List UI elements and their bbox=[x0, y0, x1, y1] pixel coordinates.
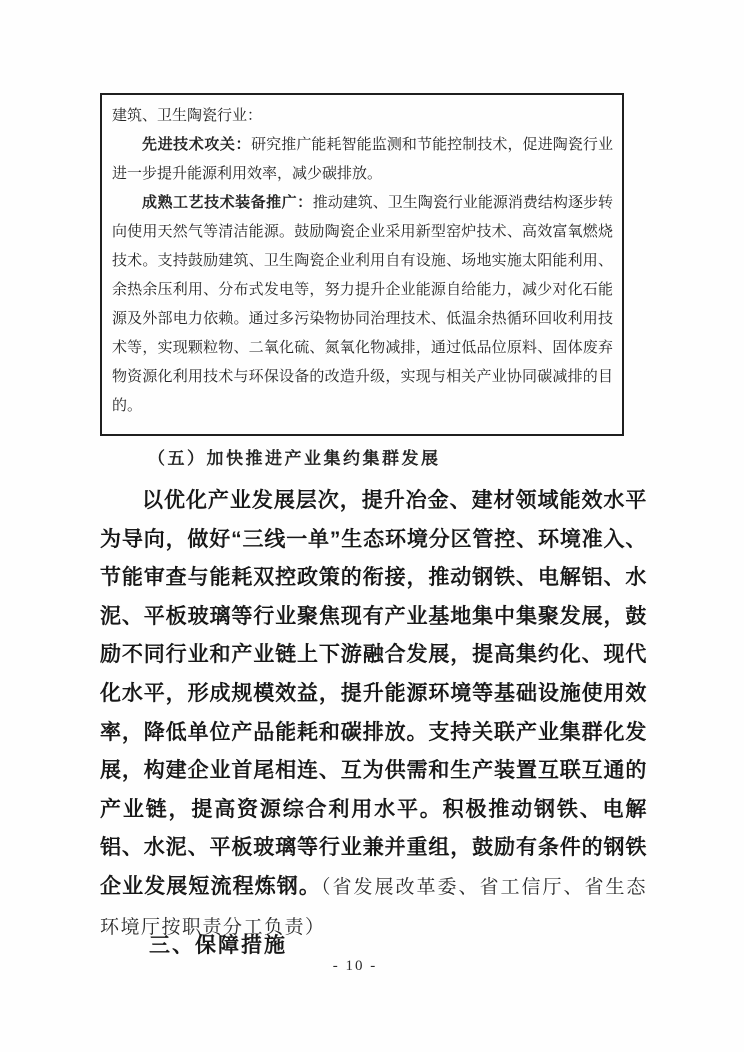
paragraph-lead: 先进技术攻关： bbox=[142, 137, 251, 153]
section-5-heading: （五）加快推进产业集约集群发展 bbox=[148, 444, 441, 469]
paragraph-body: 推动建筑、卫生陶瓷行业能源消费结构逐步转向使用天然气等清洁能源。鼓励陶瓷企业采用… bbox=[112, 195, 613, 414]
ceramics-technology-box: 建筑、卫生陶瓷行业： 先进技术攻关：研究推广能耗智能监测和节能控制技术，促进陶瓷… bbox=[100, 93, 624, 436]
section-3-heading: 三、保障措施 bbox=[149, 929, 287, 959]
box-paragraph-mature-tech: 成熟工艺技术装备推广：推动建筑、卫生陶瓷行业能源消费结构逐步转向使用天然气等清洁… bbox=[112, 189, 613, 421]
paragraph-lead: 成熟工艺技术装备推广： bbox=[142, 195, 313, 211]
section-5-body: 以优化产业发展层次，提升冶金、建材领域能效水平为导向，做好“三线一单”生态环境分… bbox=[100, 482, 647, 947]
box-industry-title: 建筑、卫生陶瓷行业： bbox=[112, 102, 613, 131]
box-paragraph-advanced-tech: 先进技术攻关：研究推广能耗智能监测和节能控制技术，促进陶瓷行业进一步提升能源利用… bbox=[112, 131, 613, 189]
section-5-body-text: 以优化产业发展层次，提升冶金、建材领域能效水平为导向，做好“三线一单”生态环境分… bbox=[100, 489, 647, 898]
document-page: 建筑、卫生陶瓷行业： 先进技术攻关：研究推广能耗智能监测和节能控制技术，促进陶瓷… bbox=[0, 0, 744, 1052]
page-number: - 10 - bbox=[0, 958, 710, 975]
